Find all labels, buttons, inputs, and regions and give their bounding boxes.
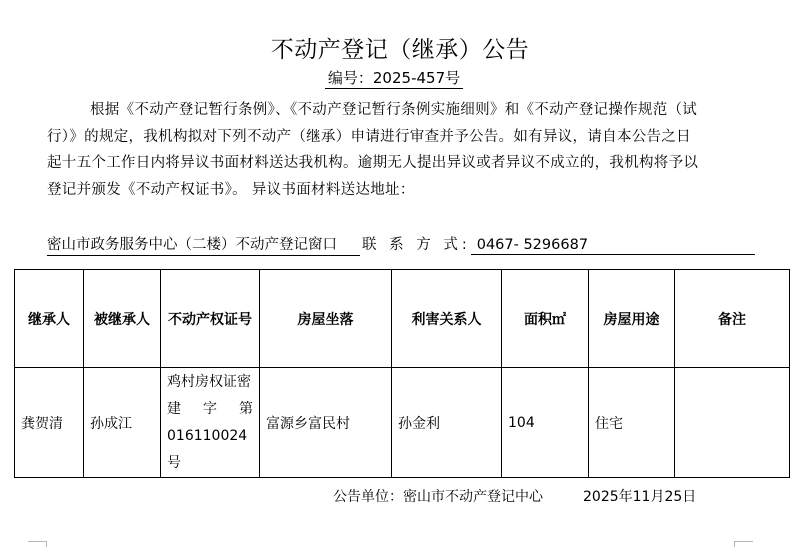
body-line-3: 起十五个工作日内将异议书面材料送达我机构。逾期无人提出异议或者异议不成立的，我机… (47, 150, 747, 177)
body-line-1: 根据《不动产登记暂行条例》、《不动产登记暂行条例实施细则》和《不动产登记操作规范… (47, 97, 747, 124)
notice-date: 2025年11月25日 (583, 489, 696, 505)
header-heir: 继承人 (15, 270, 84, 368)
document-number: 编号：2025-457号 (325, 69, 463, 89)
body-line-2: 行）》的规定，我机构拟对下列不动产（继承）申请进行审查并予公告。如有异议，请自本… (47, 124, 747, 151)
notice-body: 根据《不动产登记暂行条例》、《不动产登记暂行条例实施细则》和《不动产登记操作规范… (47, 97, 747, 203)
cert-line-1: 鸡村房权证密 (167, 369, 253, 396)
contact-phone: 0467- 5296687 (471, 237, 755, 255)
objection-address: 密山市政务服务中心（二楼）不动产登记窗口 (47, 233, 360, 256)
header-remark: 备注 (675, 270, 790, 368)
cell-heir: 龚贺清 (15, 368, 84, 478)
notice-title: 不动产登记（继承）公告 (0, 31, 800, 64)
header-cert-number: 不动产权证号 (161, 270, 260, 368)
header-location: 房屋坐落 (260, 270, 392, 368)
cell-cert-number: 鸡村房权证密 建 字 第 016110024号 (161, 368, 260, 478)
contact-label: 联 系 方 式: (362, 233, 471, 254)
cert-line-2: 建 字 第 (167, 396, 253, 423)
cell-usage: 住宅 (589, 368, 675, 478)
issuer: 公告单位：密山市不动产登记中心 (333, 489, 543, 505)
cert-part: 字 (203, 396, 217, 423)
page-corner-mark-left (28, 541, 47, 547)
header-usage: 房屋用途 (589, 270, 675, 368)
address-contact-line: 密山市政务服务中心（二楼）不动产登记窗口联 系 方 式:0467- 529668… (47, 233, 755, 256)
cert-part: 建 (167, 396, 181, 423)
cell-interested-party: 孙金利 (392, 368, 502, 478)
cell-location: 富源乡富民村 (260, 368, 392, 478)
body-line-4: 登记并颁发《不动产权证书》。 异议书面材料送达地址： (47, 177, 747, 204)
notice-footer: 公告单位：密山市不动产登记中心2025年11月25日 (333, 486, 696, 506)
table-row: 龚贺清 孙成江 鸡村房权证密 建 字 第 016110024号 富源乡富民村 孙… (15, 368, 790, 478)
header-decedent: 被继承人 (84, 270, 161, 368)
cell-decedent: 孙成江 (84, 368, 161, 478)
cell-area: 104 (502, 368, 589, 478)
cell-remark (675, 368, 790, 478)
header-interested-party: 利害关系人 (392, 270, 502, 368)
cert-part: 第 (239, 396, 253, 423)
inheritance-table: 继承人 被继承人 不动产权证号 房屋坐落 利害关系人 面积㎡ 房屋用途 备注 龚… (14, 269, 790, 478)
header-area: 面积㎡ (502, 270, 589, 368)
page-corner-mark-right (734, 541, 753, 547)
table-header-row: 继承人 被继承人 不动产权证号 房屋坐落 利害关系人 面积㎡ 房屋用途 备注 (15, 270, 790, 368)
cert-line-3: 016110024号 (167, 423, 253, 477)
